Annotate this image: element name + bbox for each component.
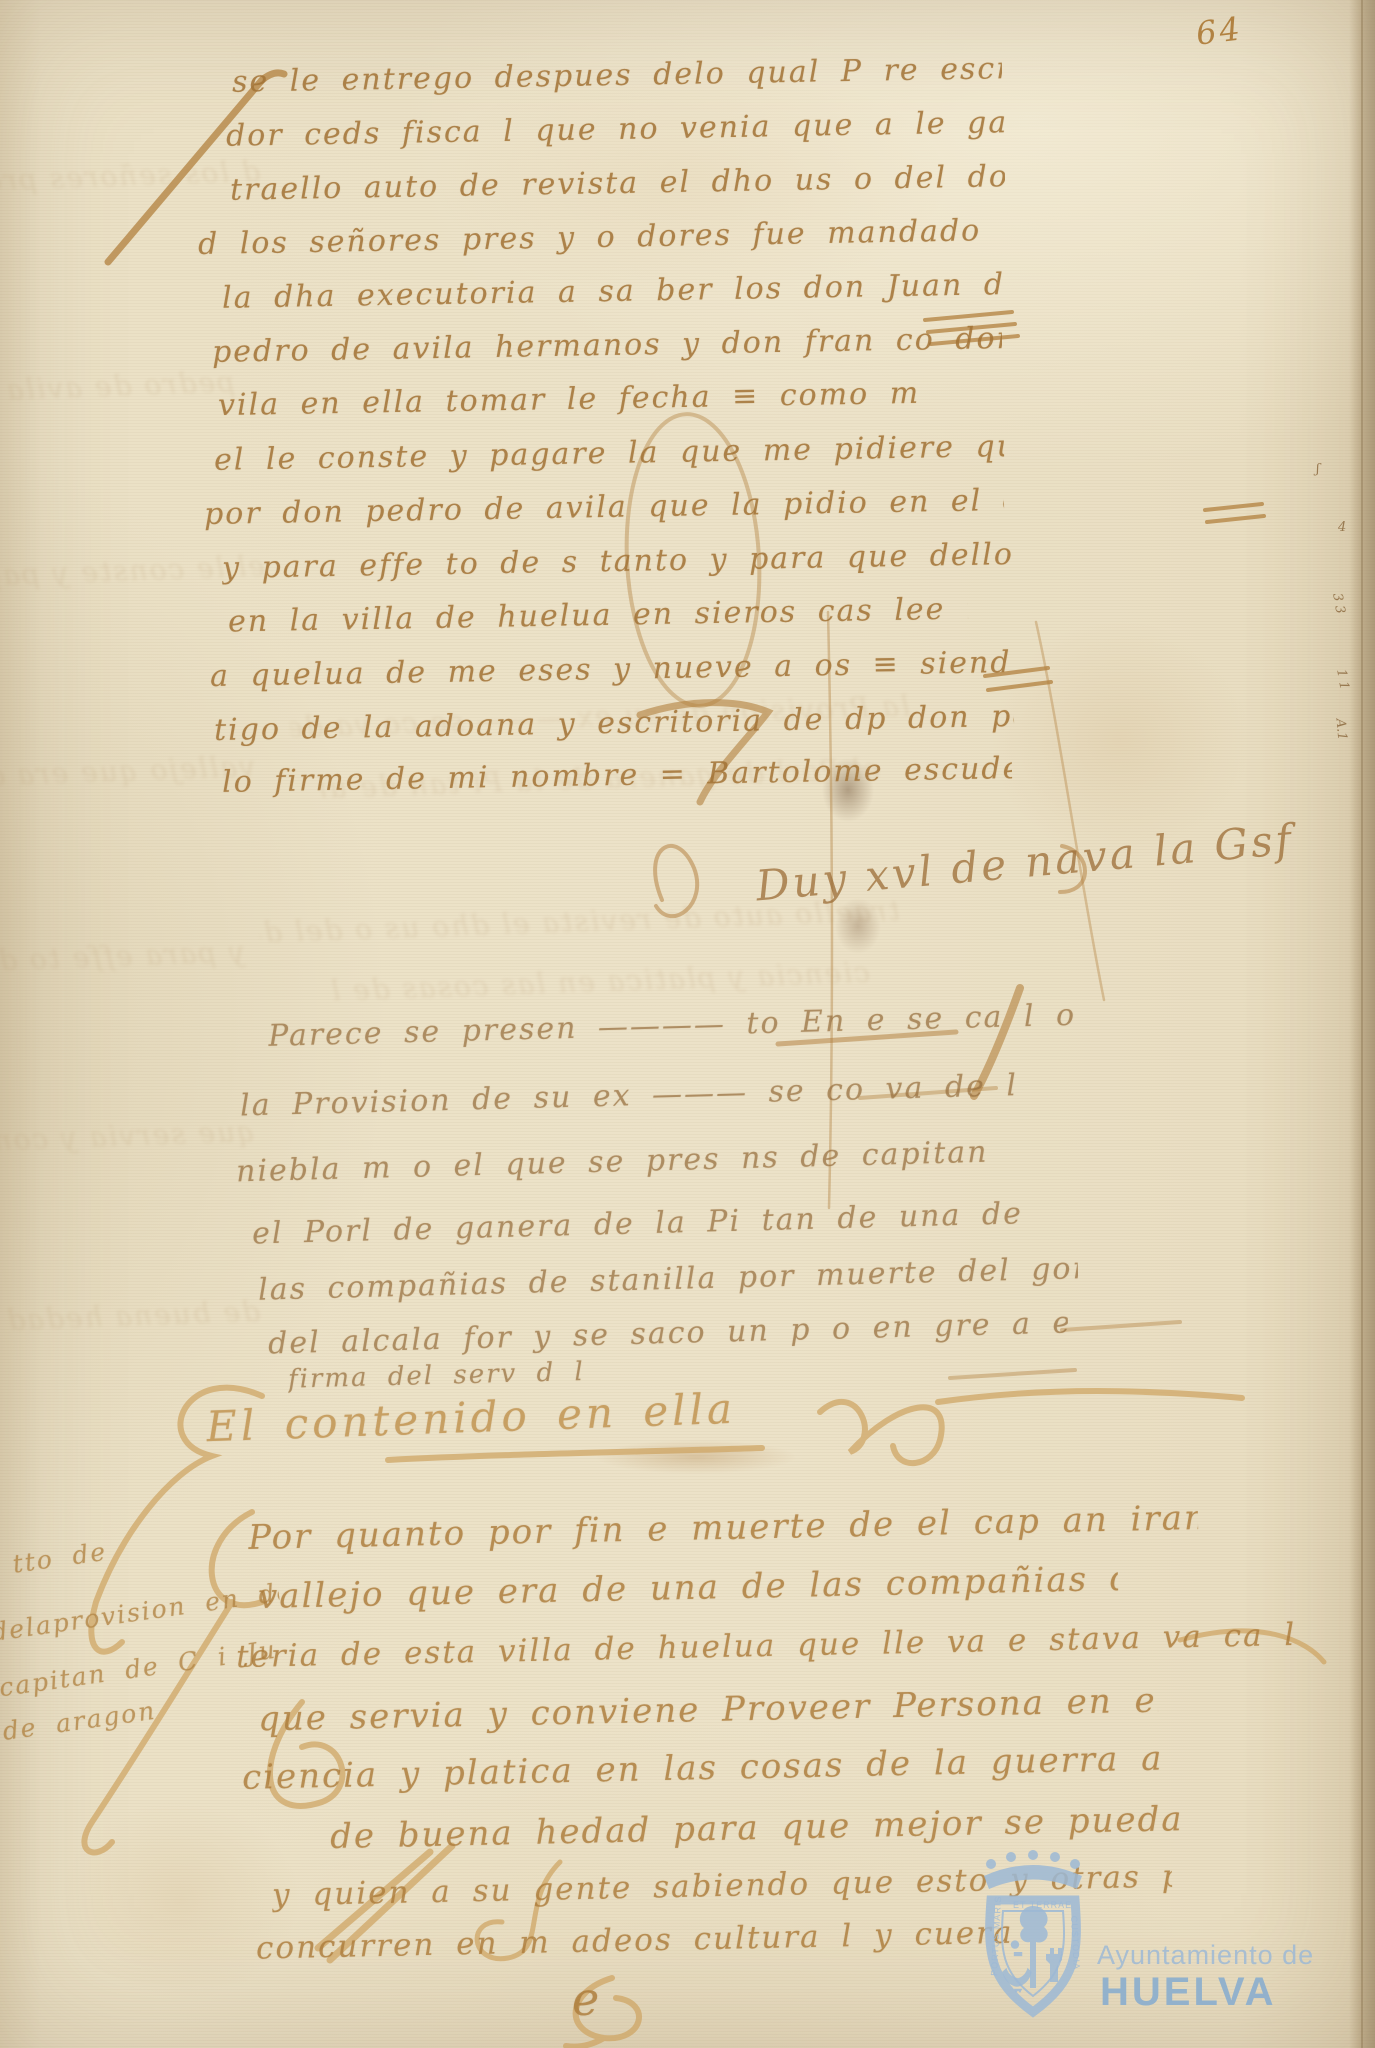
motto-top-text: ET TERRAE [1013, 1900, 1072, 1910]
watermark-org-name: Ayuntamiento de [1097, 1940, 1327, 1971]
signature-paraph [655, 846, 697, 916]
watermark-org-wordmark: HUELVA [1100, 1970, 1330, 2015]
edge-mark: A.1 [1332, 718, 1349, 741]
equals-mark [1205, 504, 1264, 522]
folio-number: 64 [1194, 9, 1245, 52]
flourish-letter: e [572, 1972, 652, 2026]
archive-watermark: PORTUS MARIS ET TERRAE CUSTODIA Ayuntami… [940, 1848, 1360, 2048]
page-edge-line [1361, 0, 1363, 2048]
edge-mark: ʃ [1316, 462, 1320, 477]
heading-underline [388, 1448, 762, 1460]
edge-mark: 4 [1338, 520, 1346, 535]
crown-icon [984, 1850, 1082, 1889]
diagonal-stroke [1036, 622, 1104, 1000]
huelva-crest-icon: PORTUS MARIS ET TERRAE CUSTODIA [958, 1848, 1108, 2048]
manuscript-page-scan: d los señores pres y o dores fue mandado… [0, 0, 1375, 2048]
heading-flourish [938, 1391, 1242, 1402]
heading-flourish [820, 1402, 942, 1463]
tree-icon [1020, 1906, 1048, 1960]
